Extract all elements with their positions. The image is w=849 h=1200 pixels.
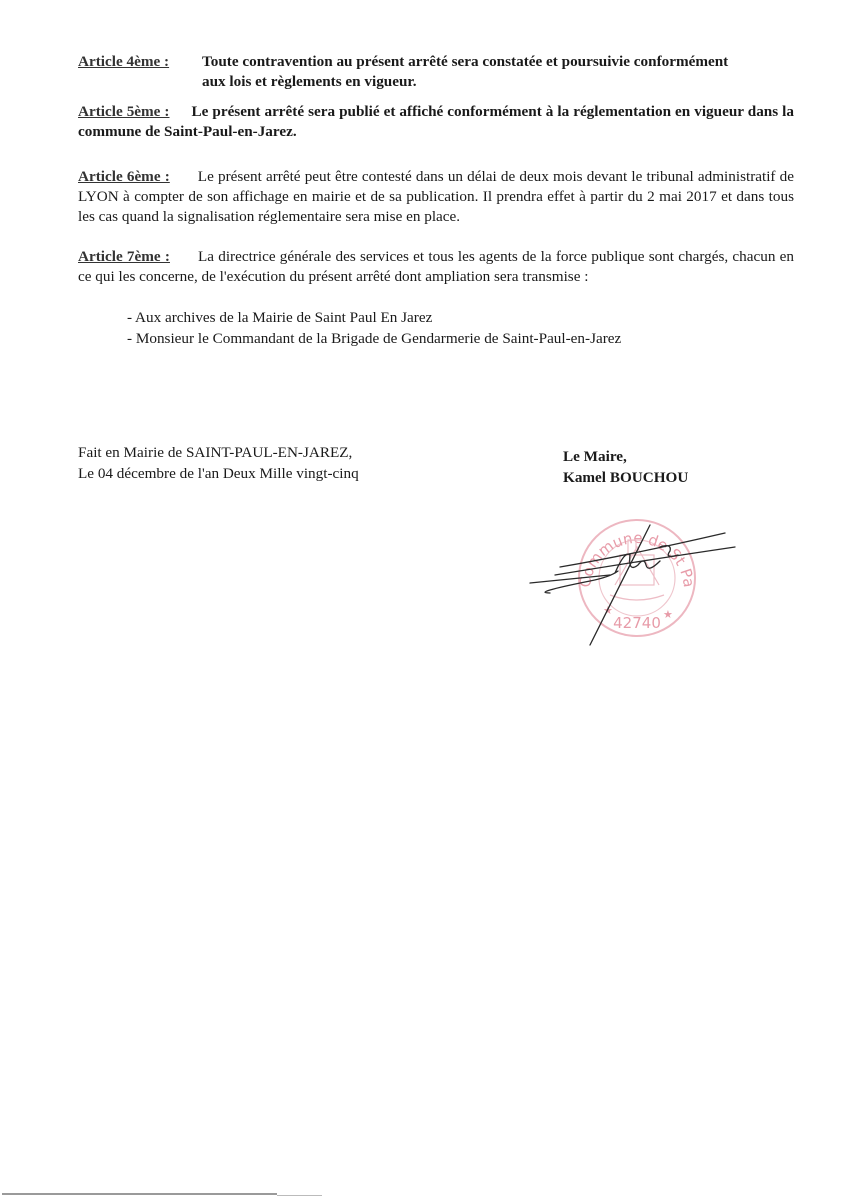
article-6: Article 6ème :Le présent arrêté peut êtr… [78, 167, 794, 227]
article-4-line1: Toute contravention au présent arrêté se… [202, 52, 728, 72]
article-7: Article 7ème :La directrice générale des… [78, 247, 794, 287]
recipient-item: - Monsieur le Commandant de la Brigade d… [127, 328, 621, 349]
article-4-line2: aux lois et règlements en vigueur. [78, 72, 794, 92]
article-7-text: La directrice générale des services et t… [78, 248, 794, 285]
article-4-label: Article 4ème : [78, 52, 202, 72]
article-5: Article 5ème :Le présent arrêté sera pub… [78, 102, 794, 142]
article-6-text: Le présent arrêté peut être contesté dan… [78, 168, 794, 225]
recipient-item: - Aux archives de la Mairie de Saint Pau… [127, 307, 621, 328]
article-5-label: Article 5ème : [78, 103, 170, 120]
article-4: Article 4ème : Toute contravention au pr… [78, 52, 794, 92]
bottom-edge-rule [2, 1193, 277, 1195]
svg-text:★: ★ [663, 609, 673, 621]
recipients-list: - Aux archives de la Mairie de Saint Pau… [127, 307, 621, 349]
signatory-title: Le Maire, [563, 446, 688, 467]
stamp-icon: Commune de St Paul en Jarez 42740 ★ ★ [510, 495, 698, 636]
signatory-block: Le Maire, Kamel BOUCHOU [563, 446, 688, 488]
closing-place: Fait en Mairie de SAINT-PAUL-EN-JAREZ, [78, 442, 359, 463]
article-5-text: Le présent arrêté sera publié et affiché… [78, 103, 794, 140]
stamp-ring-text: Commune de St Paul en Jarez [510, 495, 698, 589]
document-page: Article 4ème : Toute contravention au pr… [0, 0, 849, 1200]
article-7-label: Article 7ème : [78, 248, 170, 265]
signatory-name: Kamel BOUCHOU [563, 467, 688, 488]
official-stamp-and-signature: Commune de St Paul en Jarez 42740 ★ ★ [510, 495, 750, 655]
article-6-label: Article 6ème : [78, 168, 170, 185]
closing-date: Le 04 décembre de l'an Deux Mille vingt-… [78, 463, 359, 484]
closing-block: Fait en Mairie de SAINT-PAUL-EN-JAREZ, L… [78, 442, 359, 484]
bottom-edge-rule-tail [277, 1195, 322, 1196]
stamp-postal-code: 42740 [613, 614, 661, 632]
